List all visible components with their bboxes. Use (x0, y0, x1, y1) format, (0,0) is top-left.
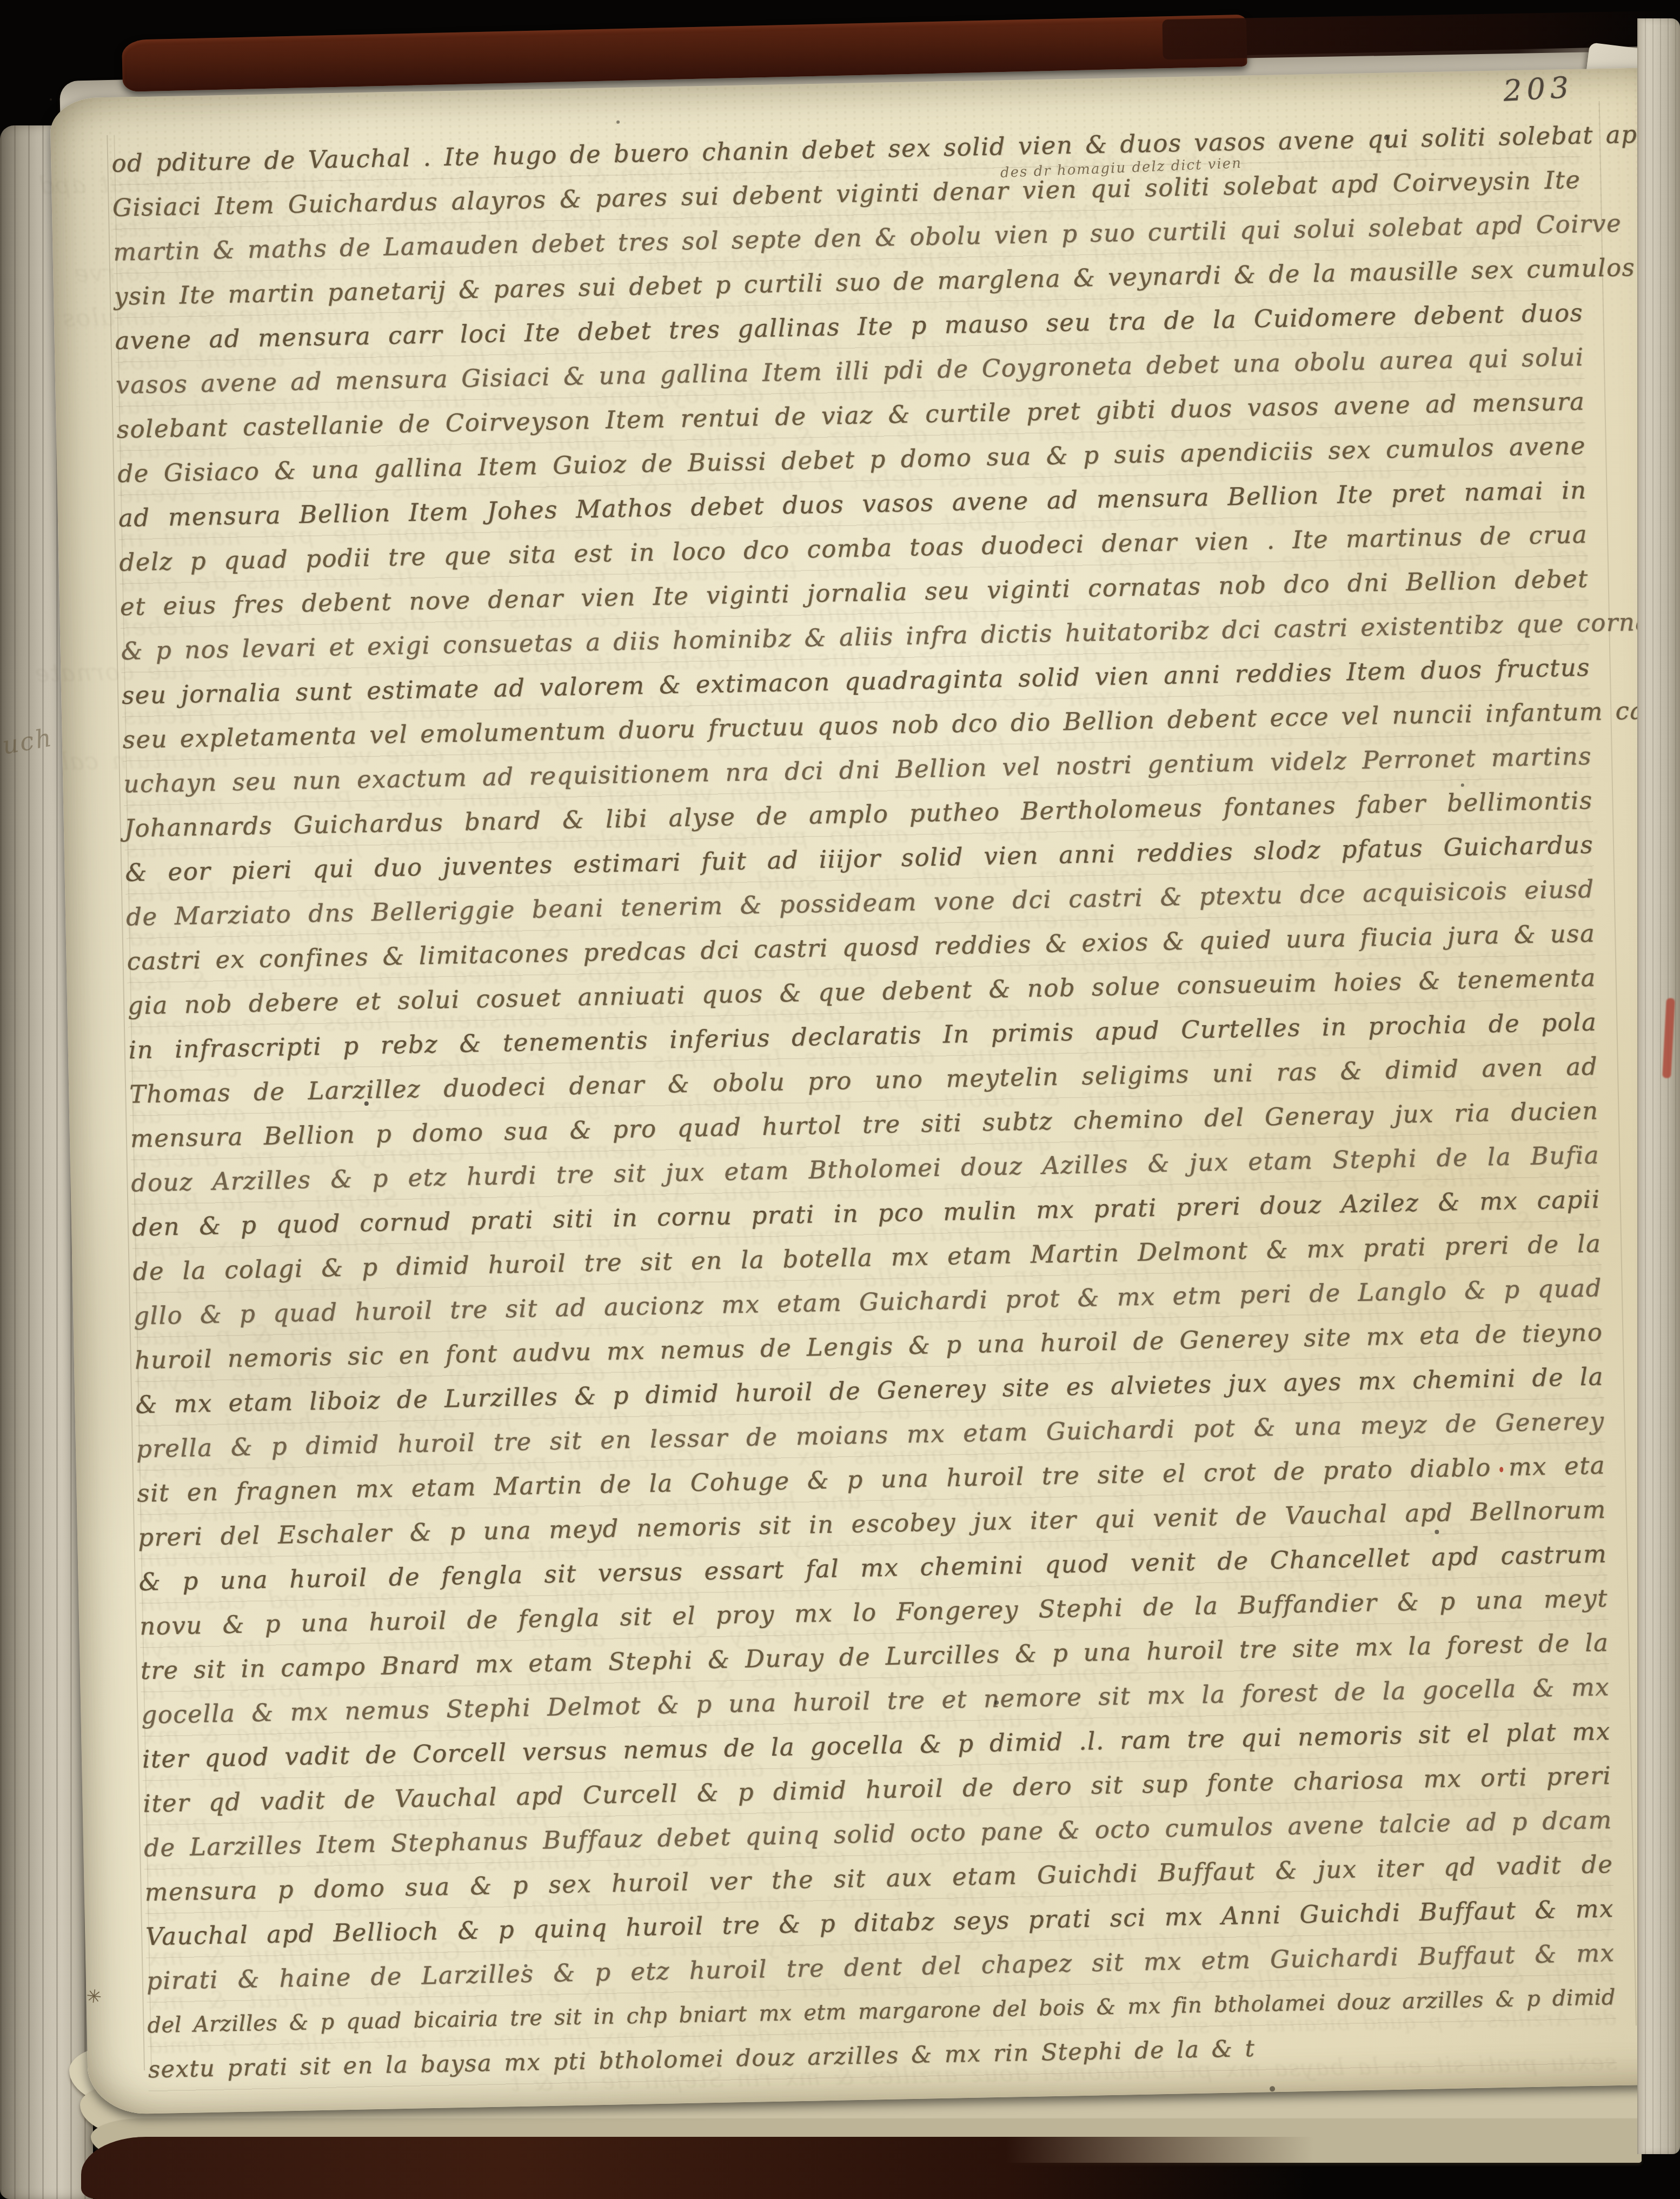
manuscript-text-block: od pditure de Vauchal . Ite hugo de buer… (111, 114, 1617, 2092)
folio-number: 203 (1503, 70, 1575, 108)
margin-mark: ✳ (85, 1985, 103, 2009)
red-edge-mark (1662, 998, 1675, 1079)
page-edges-right (1637, 18, 1680, 2154)
binding-leather-bottom (81, 2137, 1314, 2199)
parchment-specks (50, 98, 52, 101)
red-ink-dot (1499, 1467, 1503, 1472)
manuscript-page: 203 od pditure de Vauchal . Ite hugo de … (50, 68, 1680, 2115)
edge-scribble: uch (0, 722, 55, 760)
